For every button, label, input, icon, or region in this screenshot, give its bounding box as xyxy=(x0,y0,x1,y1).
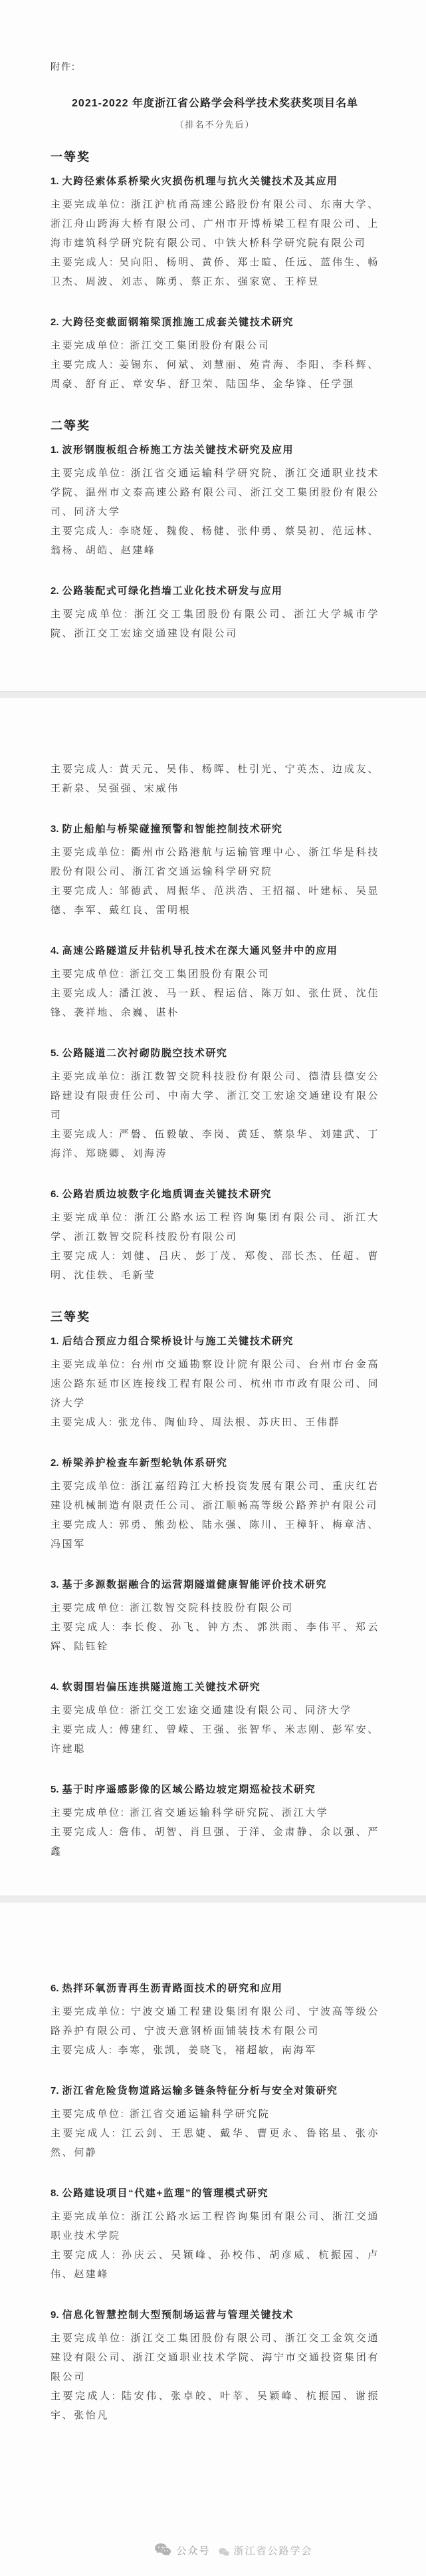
section-title: 三等奖 xyxy=(51,1308,379,1325)
entry-title: 6.公路岩质边坡数字化地质调查关键技术研究 xyxy=(51,1186,379,1203)
entry-title: 4.软弱围岩偏压连拱隧道施工关键技术研究 xyxy=(51,1679,379,1696)
people-label: 主要完成人: xyxy=(51,764,119,775)
page-break-band xyxy=(0,691,426,698)
units-label: 主要完成单位: xyxy=(51,2211,131,2222)
entry-people: 主要完成人: 邹德武、周振华、范洪浩、王招福、叶建标、吴显德、李军、戴红良、雷明… xyxy=(51,881,379,920)
units-label: 主要完成单位: xyxy=(51,1071,131,1082)
award-entry: 4.软弱围岩偏压连拱隧道施工关键技术研究 主要完成单位: 浙江交工宏途交通建设有… xyxy=(51,1679,379,1759)
entry-people: 主要完成人: 李晓娅、魏俊、杨健、张仲勇、蔡昊初、范远林、翁杨、胡皓、赵建峰 xyxy=(51,521,379,560)
people-label: 主要完成人: xyxy=(51,1724,119,1735)
entry-number: 2. xyxy=(51,1457,59,1469)
entry-units: 主要完成单位: 浙江省交通运输科学研究院 xyxy=(51,2104,379,2124)
entry-title: 1.大跨径索体系桥梁火灾损伤机理与抗火关键技术及其应用 xyxy=(51,173,379,190)
award-entry: 2.公路装配式可绿化挡墙工业化技术研发与应用 主要完成单位: 浙江交工集团股份有… xyxy=(51,583,379,643)
entry-people: 主要完成人: 李长俊、孙飞、钟方杰、郭洪雨、李伟平、郑云辉、陆钰铨 xyxy=(51,1618,379,1656)
entry-number: 1. xyxy=(51,1336,59,1347)
entry-title: 2.大跨径变截面钢箱梁顶推施工成套关键技术研究 xyxy=(51,314,379,331)
entry-title: 8.公路建设项目“代建+监理”的管理模式研究 xyxy=(51,2185,379,2202)
section-title: 二等奖 xyxy=(51,416,379,434)
entry-units: 主要完成单位: 宁波交通工程建设集团有限公司、宁波高等级公路养护有限公司、宁波天… xyxy=(51,2002,379,2041)
entry-title-text: 后结合预应力组合梁桥设计与施工关键技术研究 xyxy=(62,1336,294,1347)
entry-units: 主要完成单位: 浙江数智交院科技股份有限公司 xyxy=(51,1598,379,1618)
entry-number: 1. xyxy=(51,444,59,456)
units-label: 主要完成单位: xyxy=(51,968,130,980)
units-text: 浙江省交通运输科学研究院、浙江大学 xyxy=(130,1807,328,1818)
entry-units: 主要完成单位: 浙江交工集团股份有限公司 xyxy=(51,336,379,355)
entry-number: 9. xyxy=(51,2309,59,2321)
entry-people: 主要完成人: 刘健、吕庆、彭丁茂、郑俊、邵长杰、任超、曹明、沈佳轶、毛新莹 xyxy=(51,1246,379,1285)
entry-title-text: 软弱围岩偏压连拱隧道施工关键技术研究 xyxy=(62,1681,261,1693)
people-label: 主要完成人: xyxy=(51,988,119,999)
entry-title-text: 热拌环氧沥青再生沥青路面技术的研究和应用 xyxy=(62,1983,283,1994)
entry-units: 主要完成单位: 浙江数智交院科技股份有限公司、德清县德安公路建设有限责任公司、中… xyxy=(51,1067,379,1125)
award-entry: 6.公路岩质边坡数字化地质调查关键技术研究 主要完成单位: 浙江公路水运工程咨询… xyxy=(51,1186,379,1285)
people-label: 主要完成人: xyxy=(51,2390,122,2402)
wechat-icon-small xyxy=(218,2547,229,2557)
entry-people: 主要完成人: 吴向阳、杨明、黄侨、郑士暄、任远、蓝伟生、畅卫杰、周波、刘志、陈勇… xyxy=(51,253,379,291)
entry-title: 3.基于多源数据融合的运营期隧道健康智能评价技术研究 xyxy=(51,1576,379,1594)
entry-people: 主要完成人: 詹伟、胡智、肖旦强、于洋、金肃静、余以强、严鑫 xyxy=(51,1822,379,1861)
units-label: 主要完成单位: xyxy=(51,468,131,479)
page-subtitle: （排名不分先后） xyxy=(51,118,379,130)
entry-people: 主要完成人: 孙庆云、吴颖峰、孙校伟、胡彦威、杭振园、卢伟、赵建峰 xyxy=(51,2245,379,2284)
page-break xyxy=(51,643,379,760)
entry-title-text: 大跨径索体系桥梁火灾损伤机理与抗火关键技术及其应用 xyxy=(62,176,338,187)
entry-number: 6. xyxy=(51,1983,59,1994)
sections-root: 一等奖 1.大跨径索体系桥梁火灾损伤机理与抗火关键技术及其应用 主要完成单位: … xyxy=(51,130,379,2448)
entry-number: 4. xyxy=(51,1681,59,1693)
entry-number: 1. xyxy=(51,176,59,187)
entry-title-text: 基于时序遥感影像的区域公路边坡定期巡检技术研究 xyxy=(62,1784,316,1795)
award-entry: 5.基于时序遥感影像的区域公路边坡定期巡检技术研究 主要完成单位: 浙江省交通运… xyxy=(51,1781,379,1861)
entry-units: 主要完成单位: 浙江省交通运输科学研究院、浙江交通职业技术学院、温州市文泰高速公… xyxy=(51,464,379,521)
award-entry: 9.信息化智慧控制大型预制场运营与管理关键技术 主要完成单位: 浙江交工集团股份… xyxy=(51,2307,379,2425)
entry-people: 主要完成人: 郭勇、熊劲松、陆永强、陈川、王樟轩、梅章洁、冯国军 xyxy=(51,1515,379,1554)
entry-title: 1.后结合预应力组合梁桥设计与施工关键技术研究 xyxy=(51,1333,379,1350)
entry-units: 主要完成单位: 浙江公路水运工程咨询集团有限公司、浙江大学、浙江数智交院科技股份… xyxy=(51,1208,379,1246)
entry-people: 主要完成人: 潘江波、马一跃、程运信、陈万如、张仕贤、沈佳锋、袭祥地、余巍、谌朴 xyxy=(51,984,379,1022)
entry-title-text: 公路装配式可绿化挡墙工业化技术研发与应用 xyxy=(62,585,283,597)
entry-number: 7. xyxy=(51,2085,59,2096)
award-entry: 7.浙江省危险货物道路运输多链条特征分析与安全对策研究 主要完成单位: 浙江省交… xyxy=(51,2082,379,2162)
people-label: 主要完成人: xyxy=(51,359,119,370)
entry-title: 4.高速公路隧道反井钻机导孔技术在深大通风竖井中的应用 xyxy=(51,942,379,960)
units-text: 浙江省交通运输科学研究院 xyxy=(130,2108,270,2120)
document-page: 附件: 2021-2022 年度浙江省公路学会科学技术奖获奖项目名单 （排名不分… xyxy=(0,0,426,2576)
units-text: 浙江交工集团股份有限公司 xyxy=(130,340,270,351)
entry-title: 5.基于时序遥感影像的区域公路边坡定期巡检技术研究 xyxy=(51,1781,379,1798)
units-text: 浙江交工集团股份有限公司 xyxy=(130,968,270,980)
footer-account-name: 浙江省公路学会 xyxy=(234,2543,313,2557)
entry-title: 9.信息化智慧控制大型预制场运营与管理关键技术 xyxy=(51,2307,379,2324)
units-text: 浙江数智交院科技股份有限公司 xyxy=(130,1602,293,1614)
award-entry: 1.后结合预应力组合梁桥设计与施工关键技术研究 主要完成单位: 台州市交通勘察设… xyxy=(51,1333,379,1432)
entry-title-text: 公路建设项目“代建+监理”的管理模式研究 xyxy=(62,2188,269,2199)
entry-number: 8. xyxy=(51,2188,59,2199)
entry-people: 主要完成人: 张龙伟、陶仙玲、周法根、苏庆田、王伟群 xyxy=(51,1413,379,1432)
people-label: 主要完成人: xyxy=(51,1622,122,1633)
units-label: 主要完成单位: xyxy=(51,199,131,210)
entry-title-text: 公路隧道二次衬砌防脱空技术研究 xyxy=(62,1048,228,1059)
entry-title: 5.公路隧道二次衬砌防脱空技术研究 xyxy=(51,1045,379,1062)
entry-number: 5. xyxy=(51,1048,59,1059)
entry-title-text: 桥梁养护检查车新型轮轨体系研究 xyxy=(62,1457,228,1469)
units-text: 浙江交工宏途交通建设有限公司、同济大学 xyxy=(130,1705,352,1716)
units-label: 主要完成单位: xyxy=(51,1359,131,1370)
entry-title: 1.波形钢腹板组合桥施工方法关键技术研究及应用 xyxy=(51,442,379,459)
entry-title-text: 浙江省危险货物道路运输多链条特征分析与安全对策研究 xyxy=(62,2085,338,2096)
units-label: 主要完成单位: xyxy=(51,1481,131,1492)
entry-people: 主要完成人: 江云剑、王思婕、戴华、曹更永、鲁铭星、张亦然、何静 xyxy=(51,2124,379,2162)
entry-title-text: 公路岩质边坡数字化地质调查关键技术研究 xyxy=(62,1189,272,1200)
entry-people: 主要完成人: 陆安伟、张卓皎、叶莘、吴颖峰、杭振园、谢振宇、张怡凡 xyxy=(51,2386,379,2425)
award-entry: 3.基于多源数据融合的运营期隧道健康智能评价技术研究 主要完成单位: 浙江数智交… xyxy=(51,1576,379,1656)
entry-people: 主要完成人: 傅建红、曾嵘、王强、张智华、米志刚、彭军安、许建聪 xyxy=(51,1720,379,1759)
wechat-icon xyxy=(154,2543,171,2557)
entry-units: 主要完成单位: 浙江交工集团股份有限公司、浙江交工金筑交通建设有限公司、浙江交通… xyxy=(51,2329,379,2386)
entry-number: 5. xyxy=(51,1784,59,1795)
footer-watermark: 公众号 浙江省公路学会 xyxy=(69,2516,398,2557)
entry-title-text: 基于多源数据融合的运营期隧道健康智能评价技术研究 xyxy=(62,1579,327,1590)
entry-title-text: 防止船舶与桥梁碰撞预警和智能控制技术研究 xyxy=(62,823,283,835)
footer-badge-label: 公众号 xyxy=(176,2543,210,2557)
units-label: 主要完成单位: xyxy=(51,2108,130,2120)
entry-units: 主要完成单位: 浙江交工宏途交通建设有限公司、同济大学 xyxy=(51,1701,379,1720)
award-entry: 6.热拌环氧沥青再生沥青路面技术的研究和应用 主要完成单位: 宁波交通工程建设集… xyxy=(51,1980,379,2060)
people-label: 主要完成人: xyxy=(51,1826,119,1838)
award-entry: 8.公路建设项目“代建+监理”的管理模式研究 主要完成单位: 浙江公路水运工程咨… xyxy=(51,2185,379,2284)
units-label: 主要完成单位: xyxy=(51,1807,130,1818)
people-label: 主要完成人: xyxy=(51,257,119,268)
entry-title-text: 波形钢腹板组合桥施工方法关键技术研究及应用 xyxy=(62,444,294,456)
people-label: 主要完成人: xyxy=(51,2045,118,2056)
entry-number: 2. xyxy=(51,317,59,328)
entry-title: 3.防止船舶与桥梁碰撞预警和智能控制技术研究 xyxy=(51,821,379,838)
page-title: 2021-2022 年度浙江省公路学会科学技术奖获奖项目名单 xyxy=(51,96,379,112)
entry-units: 主要完成单位: 浙江交工集团股份有限公司、浙江大学城市学院、浙江交工宏途交通建设… xyxy=(51,605,379,643)
award-entry: 1.波形钢腹板组合桥施工方法关键技术研究及应用 主要完成单位: 浙江省交通运输科… xyxy=(51,442,379,560)
people-text: 李寒，张凯，姜晓飞，褚超敏，南海军 xyxy=(118,2045,317,2056)
award-entry-continued: 主要完成人: 黄天元、吴伟、杨晖、杜引光、宁英杰、边成友、王新泉、吴强强、宋威伟 xyxy=(51,760,379,798)
entry-units: 主要完成单位: 浙江交工集团股份有限公司 xyxy=(51,964,379,984)
people-label: 主要完成人: xyxy=(51,525,119,537)
award-entry: 5.公路隧道二次衬砌防脱空技术研究 主要完成单位: 浙江数智交院科技股份有限公司… xyxy=(51,1045,379,1163)
people-label: 主要完成人: xyxy=(51,2249,122,2261)
units-label: 主要完成单位: xyxy=(51,340,130,351)
award-entry: 3.防止船舶与桥梁碰撞预警和智能控制技术研究 主要完成单位: 衢州市公路港航与运… xyxy=(51,821,379,920)
entry-units: 主要完成单位: 衢州市公路港航与运输管理中心、浙江华是科技股份有限公司、浙江省交… xyxy=(51,843,379,881)
people-label: 主要完成人: xyxy=(51,1519,119,1530)
entry-units: 主要完成单位: 浙江公路水运工程咨询集团有限公司、浙江交通职业技术学院 xyxy=(51,2207,379,2245)
page-break-band xyxy=(0,1896,426,1903)
award-entry: 1.大跨径索体系桥梁火灾损伤机理与抗火关键技术及其应用 主要完成单位: 浙江沪杭… xyxy=(51,173,379,291)
entry-title: 2.公路装配式可绿化挡墙工业化技术研发与应用 xyxy=(51,583,379,600)
entry-people: 主要完成人: 姜锡东、何斌、刘慧丽、苑青海、李阳、李科辉、周豪、舒育正、章安华、… xyxy=(51,355,379,394)
award-entry: 4.高速公路隧道反井钻机导孔技术在深大通风竖井中的应用 主要完成单位: 浙江交工… xyxy=(51,942,379,1022)
entry-number: 3. xyxy=(51,823,59,835)
people-label: 主要完成人: xyxy=(51,1129,119,1140)
units-label: 主要完成单位: xyxy=(51,609,134,620)
entry-people: 主要完成人: 李寒，张凯，姜晓飞，褚超敏，南海军 xyxy=(51,2041,379,2060)
entry-units: 主要完成单位: 浙江省交通运输科学研究院、浙江大学 xyxy=(51,1803,379,1822)
entry-units: 主要完成单位: 浙江沪杭甬高速公路股份有限公司、东南大学、浙江舟山跨海大桥有限公… xyxy=(51,195,379,253)
entry-title-text: 信息化智慧控制大型预制场运营与管理关键技术 xyxy=(62,2309,294,2321)
people-label: 主要完成人: xyxy=(51,885,119,897)
entry-people: 主要完成人: 严磐、伍毅敏、李岗、黄廷、蔡泉华、刘建武、丁海洋、郑晓卿、刘海涛 xyxy=(51,1125,379,1163)
entry-title-text: 高速公路隧道反井钻机导孔技术在深大通风竖井中的应用 xyxy=(62,945,338,956)
units-label: 主要完成单位: xyxy=(51,847,131,858)
units-label: 主要完成单位: xyxy=(51,2006,131,2017)
people-text: 张龙伟、陶仙玲、周法根、苏庆田、王伟群 xyxy=(118,1417,340,1428)
section-title: 一等奖 xyxy=(51,148,379,165)
units-label: 主要完成单位: xyxy=(51,1212,134,1223)
entry-title: 2.桥梁养护检查车新型轮轨体系研究 xyxy=(51,1455,379,1472)
units-label: 主要完成单位: xyxy=(51,1705,130,1716)
page-break xyxy=(51,1861,379,1980)
award-entry: 2.大跨径变截面钢箱梁顶推施工成套关键技术研究 主要完成单位: 浙江交工集团股份… xyxy=(51,314,379,394)
entry-number: 4. xyxy=(51,945,59,956)
entry-number: 6. xyxy=(51,1189,59,1200)
units-label: 主要完成单位: xyxy=(51,1602,130,1614)
units-label: 主要完成单位: xyxy=(51,2333,131,2344)
entry-number: 2. xyxy=(51,585,59,597)
entry-units: 主要完成单位: 浙江嘉绍跨江大桥投资发展有限公司、重庆红岩建设机械制造有限责任公… xyxy=(51,1477,379,1515)
people-label: 主要完成人: xyxy=(51,2128,122,2139)
entry-title: 7.浙江省危险货物道路运输多链条特征分析与安全对策研究 xyxy=(51,2082,379,2100)
people-label: 主要完成人: xyxy=(51,1417,118,1428)
award-entry: 2.桥梁养护检查车新型轮轨体系研究 主要完成单位: 浙江嘉绍跨江大桥投资发展有限… xyxy=(51,1455,379,1554)
entry-number: 3. xyxy=(51,1579,59,1590)
people-label: 主要完成人: xyxy=(51,1250,122,1262)
entry-units: 主要完成单位: 台州市交通勘察设计院有限公司、台州市台金高速公路东延市区连接线工… xyxy=(51,1355,379,1413)
entry-people: 主要完成人: 黄天元、吴伟、杨晖、杜引光、宁英杰、边成友、王新泉、吴强强、宋威伟 xyxy=(51,760,379,798)
entry-title: 6.热拌环氧沥青再生沥青路面技术的研究和应用 xyxy=(51,1980,379,1997)
entry-title-text: 大跨径变截面钢箱梁顶推施工成套关键技术研究 xyxy=(62,317,294,328)
attachment-label: 附件: xyxy=(51,60,379,73)
